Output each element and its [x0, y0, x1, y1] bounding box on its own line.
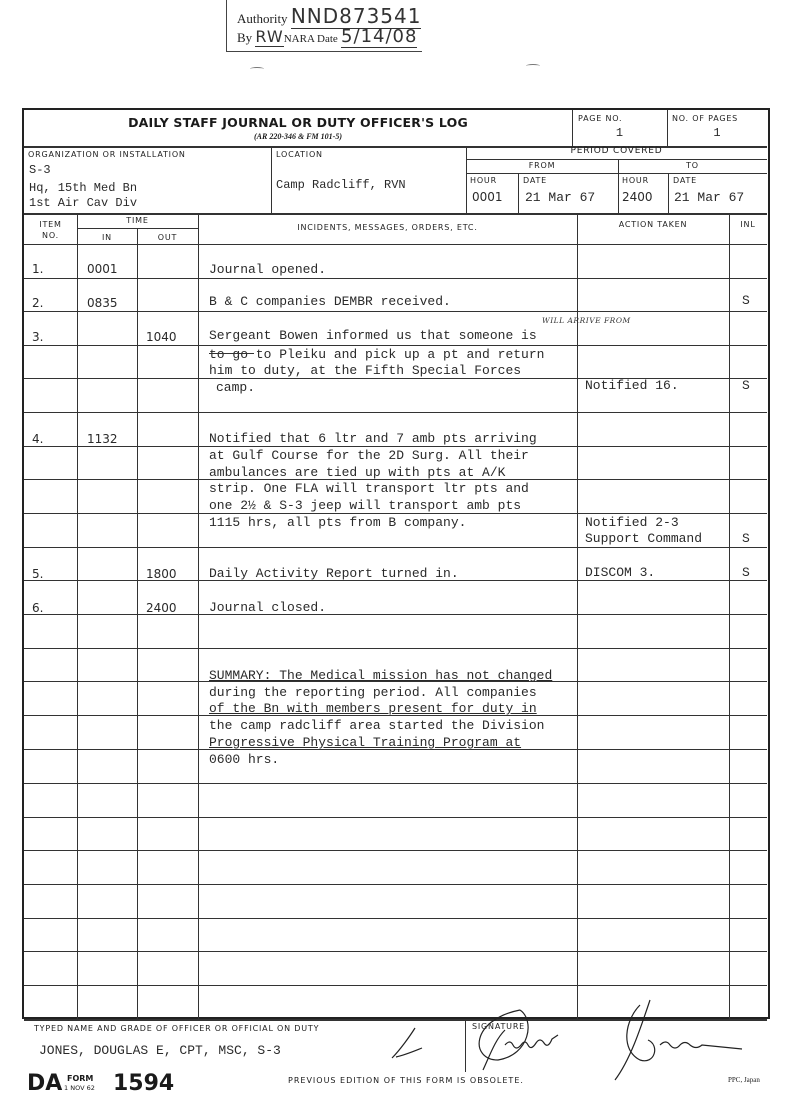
entry-1-item: 1.	[32, 262, 43, 276]
by-label: By	[237, 30, 252, 45]
from-date-label: DATE	[523, 176, 547, 185]
entry-6-out: 2400	[146, 601, 177, 615]
signature-divider	[465, 1019, 466, 1072]
to-date-value: 21 Mar 67	[674, 190, 744, 205]
entry-2-text: B & C companies DEMBR received.	[209, 294, 451, 309]
form-subtitle: (AR 220-346 & FM 101-5)	[24, 132, 572, 141]
period-covered-label: PERIOD COVERED	[466, 146, 767, 156]
summary-line-2: during the reporting period. All compani…	[209, 685, 537, 700]
typed-name-label: TYPED NAME AND GRADE OF OFFICER OR OFFIC…	[34, 1024, 319, 1033]
entry-4-text-3: ambulances are tied up with pts at A/K	[209, 465, 505, 480]
to-hour-label: HOUR	[622, 176, 649, 185]
entry-2-item: 2.	[32, 296, 43, 310]
entry-4-text-2: at Gulf Course for the 2D Surg. All thei…	[209, 448, 529, 463]
entry-6-item: 6.	[32, 601, 43, 615]
entry-3-text-4: camp.	[216, 380, 255, 395]
location-label: LOCATION	[276, 150, 323, 159]
authority-stamp: Authority NND873541 By RWNARA Date 5/14/…	[226, 0, 422, 52]
time-in-header: IN	[77, 233, 137, 242]
entry-3-text-1: Sergeant Bowen informed us that someone …	[209, 328, 537, 343]
page-no-value: 1	[572, 126, 667, 140]
time-out-header: OUT	[137, 233, 198, 242]
summary-line-6: 0600 hrs.	[209, 752, 279, 767]
by-initials: RW	[255, 27, 283, 46]
margin-mark	[250, 67, 264, 71]
organization-line-1: S-3	[29, 163, 51, 177]
entry-5-action: DISCOM 3.	[585, 565, 655, 580]
entry-3-action: Notified 16.	[585, 378, 679, 393]
to-date-label: DATE	[673, 176, 697, 185]
summary-line-5: Progressive Physical Training Program at	[209, 735, 521, 750]
entry-5-inl: S	[742, 565, 750, 580]
entry-4-inl: S	[742, 531, 750, 546]
incidents-header: INCIDENTS, MESSAGES, ORDERS, ETC.	[198, 223, 577, 232]
inl-header: INL	[729, 220, 767, 229]
entry-4-item: 4.	[32, 432, 43, 446]
entry-4-text-1: Notified that 6 ltr and 7 amb pts arrivi…	[209, 431, 537, 446]
entry-3-out: 1040	[146, 330, 177, 344]
to-hour-value: 2400	[622, 190, 653, 204]
organization-label: ORGANIZATION OR INSTALLATION	[28, 150, 186, 159]
strikethrough	[209, 353, 254, 354]
entry-3-text-3: him to duty, at the Fifth Special Forces	[209, 363, 521, 378]
printer-mark: PPC, Japan	[728, 1076, 760, 1084]
entry-6-text: Journal closed.	[209, 600, 326, 615]
entry-5-text: Daily Activity Report turned in.	[209, 566, 459, 581]
entry-4-action-1: Notified 2-3	[585, 515, 679, 530]
form-prefix: DA	[27, 1071, 62, 1096]
action-taken-header: ACTION TAKEN	[577, 220, 729, 229]
summary-line-1: SUMMARY: The Medical mission has not cha…	[209, 668, 552, 683]
entry-1-in: 0001	[87, 262, 118, 276]
entry-4-text-5: one 2½ & S-3 jeep will transport amb pts	[209, 498, 521, 513]
location-value: Camp Radcliff, RVN	[276, 178, 406, 192]
to-label: TO	[618, 161, 767, 170]
entry-3-item: 3.	[32, 330, 43, 344]
form-word: FORM	[67, 1075, 93, 1083]
from-hour-label: HOUR	[470, 176, 497, 185]
item-header: ITEM	[24, 220, 77, 229]
journal-form: DAILY STAFF JOURNAL OR DUTY OFFICER'S LO…	[22, 108, 770, 1019]
entry-2-in: 0835	[87, 296, 118, 310]
entry-1-text: Journal opened.	[209, 262, 326, 277]
form-number: 1594	[113, 1071, 174, 1096]
entry-5-item: 5.	[32, 567, 43, 581]
typed-name-value: JONES, DOUGLAS E, CPT, MSC, S-3	[39, 1043, 281, 1058]
summary-line-3: of the Bn with members present for duty …	[209, 701, 537, 716]
from-hour-value: 0001	[472, 190, 503, 204]
item-no-header: NO.	[24, 231, 77, 240]
no-of-pages-label: NO. OF PAGES	[672, 114, 738, 123]
entry-4-in: 1132	[87, 432, 118, 446]
entry-3-text-2: to go to Pleiku and pick up a pt and ret…	[209, 347, 544, 362]
entry-3-handwritten-insert: WILL ARRIVE FROM	[542, 316, 631, 325]
entry-4-text-4: strip. One FLA will transport ltr pts an…	[209, 481, 529, 496]
authority-label: Authority	[237, 11, 288, 26]
from-label: FROM	[466, 161, 618, 170]
obsolete-note: PREVIOUS EDITION OF THIS FORM IS OBSOLET…	[288, 1076, 524, 1085]
summary-line-4: the camp radcliff area started the Divis…	[209, 718, 544, 733]
entry-3-inl: S	[742, 378, 750, 393]
entry-5-out: 1800	[146, 567, 177, 581]
organization-line-2: Hq, 15th Med Bn	[29, 181, 137, 195]
from-date-value: 21 Mar 67	[525, 190, 595, 205]
margin-mark	[526, 64, 540, 68]
page-no-label: PAGE NO.	[578, 114, 622, 123]
authority-value: NND873541	[291, 4, 422, 28]
signature-label: SIGNATURE	[472, 1022, 525, 1031]
stamp-date: 5/14/08	[341, 26, 417, 47]
form-date: 1 NOV 62	[64, 1084, 95, 1092]
entry-4-text-6: 1115 hrs, all pts from B company.	[209, 515, 466, 530]
nara-date-label: NARA Date	[284, 33, 338, 45]
form-title: DAILY STAFF JOURNAL OR DUTY OFFICER'S LO…	[24, 115, 572, 130]
no-of-pages-value: 1	[667, 126, 767, 140]
organization-line-3: 1st Air Cav Div	[29, 196, 137, 210]
entry-4-action-2: Support Command	[585, 531, 702, 546]
time-header: TIME	[77, 216, 198, 225]
entry-2-inl: S	[742, 293, 750, 308]
